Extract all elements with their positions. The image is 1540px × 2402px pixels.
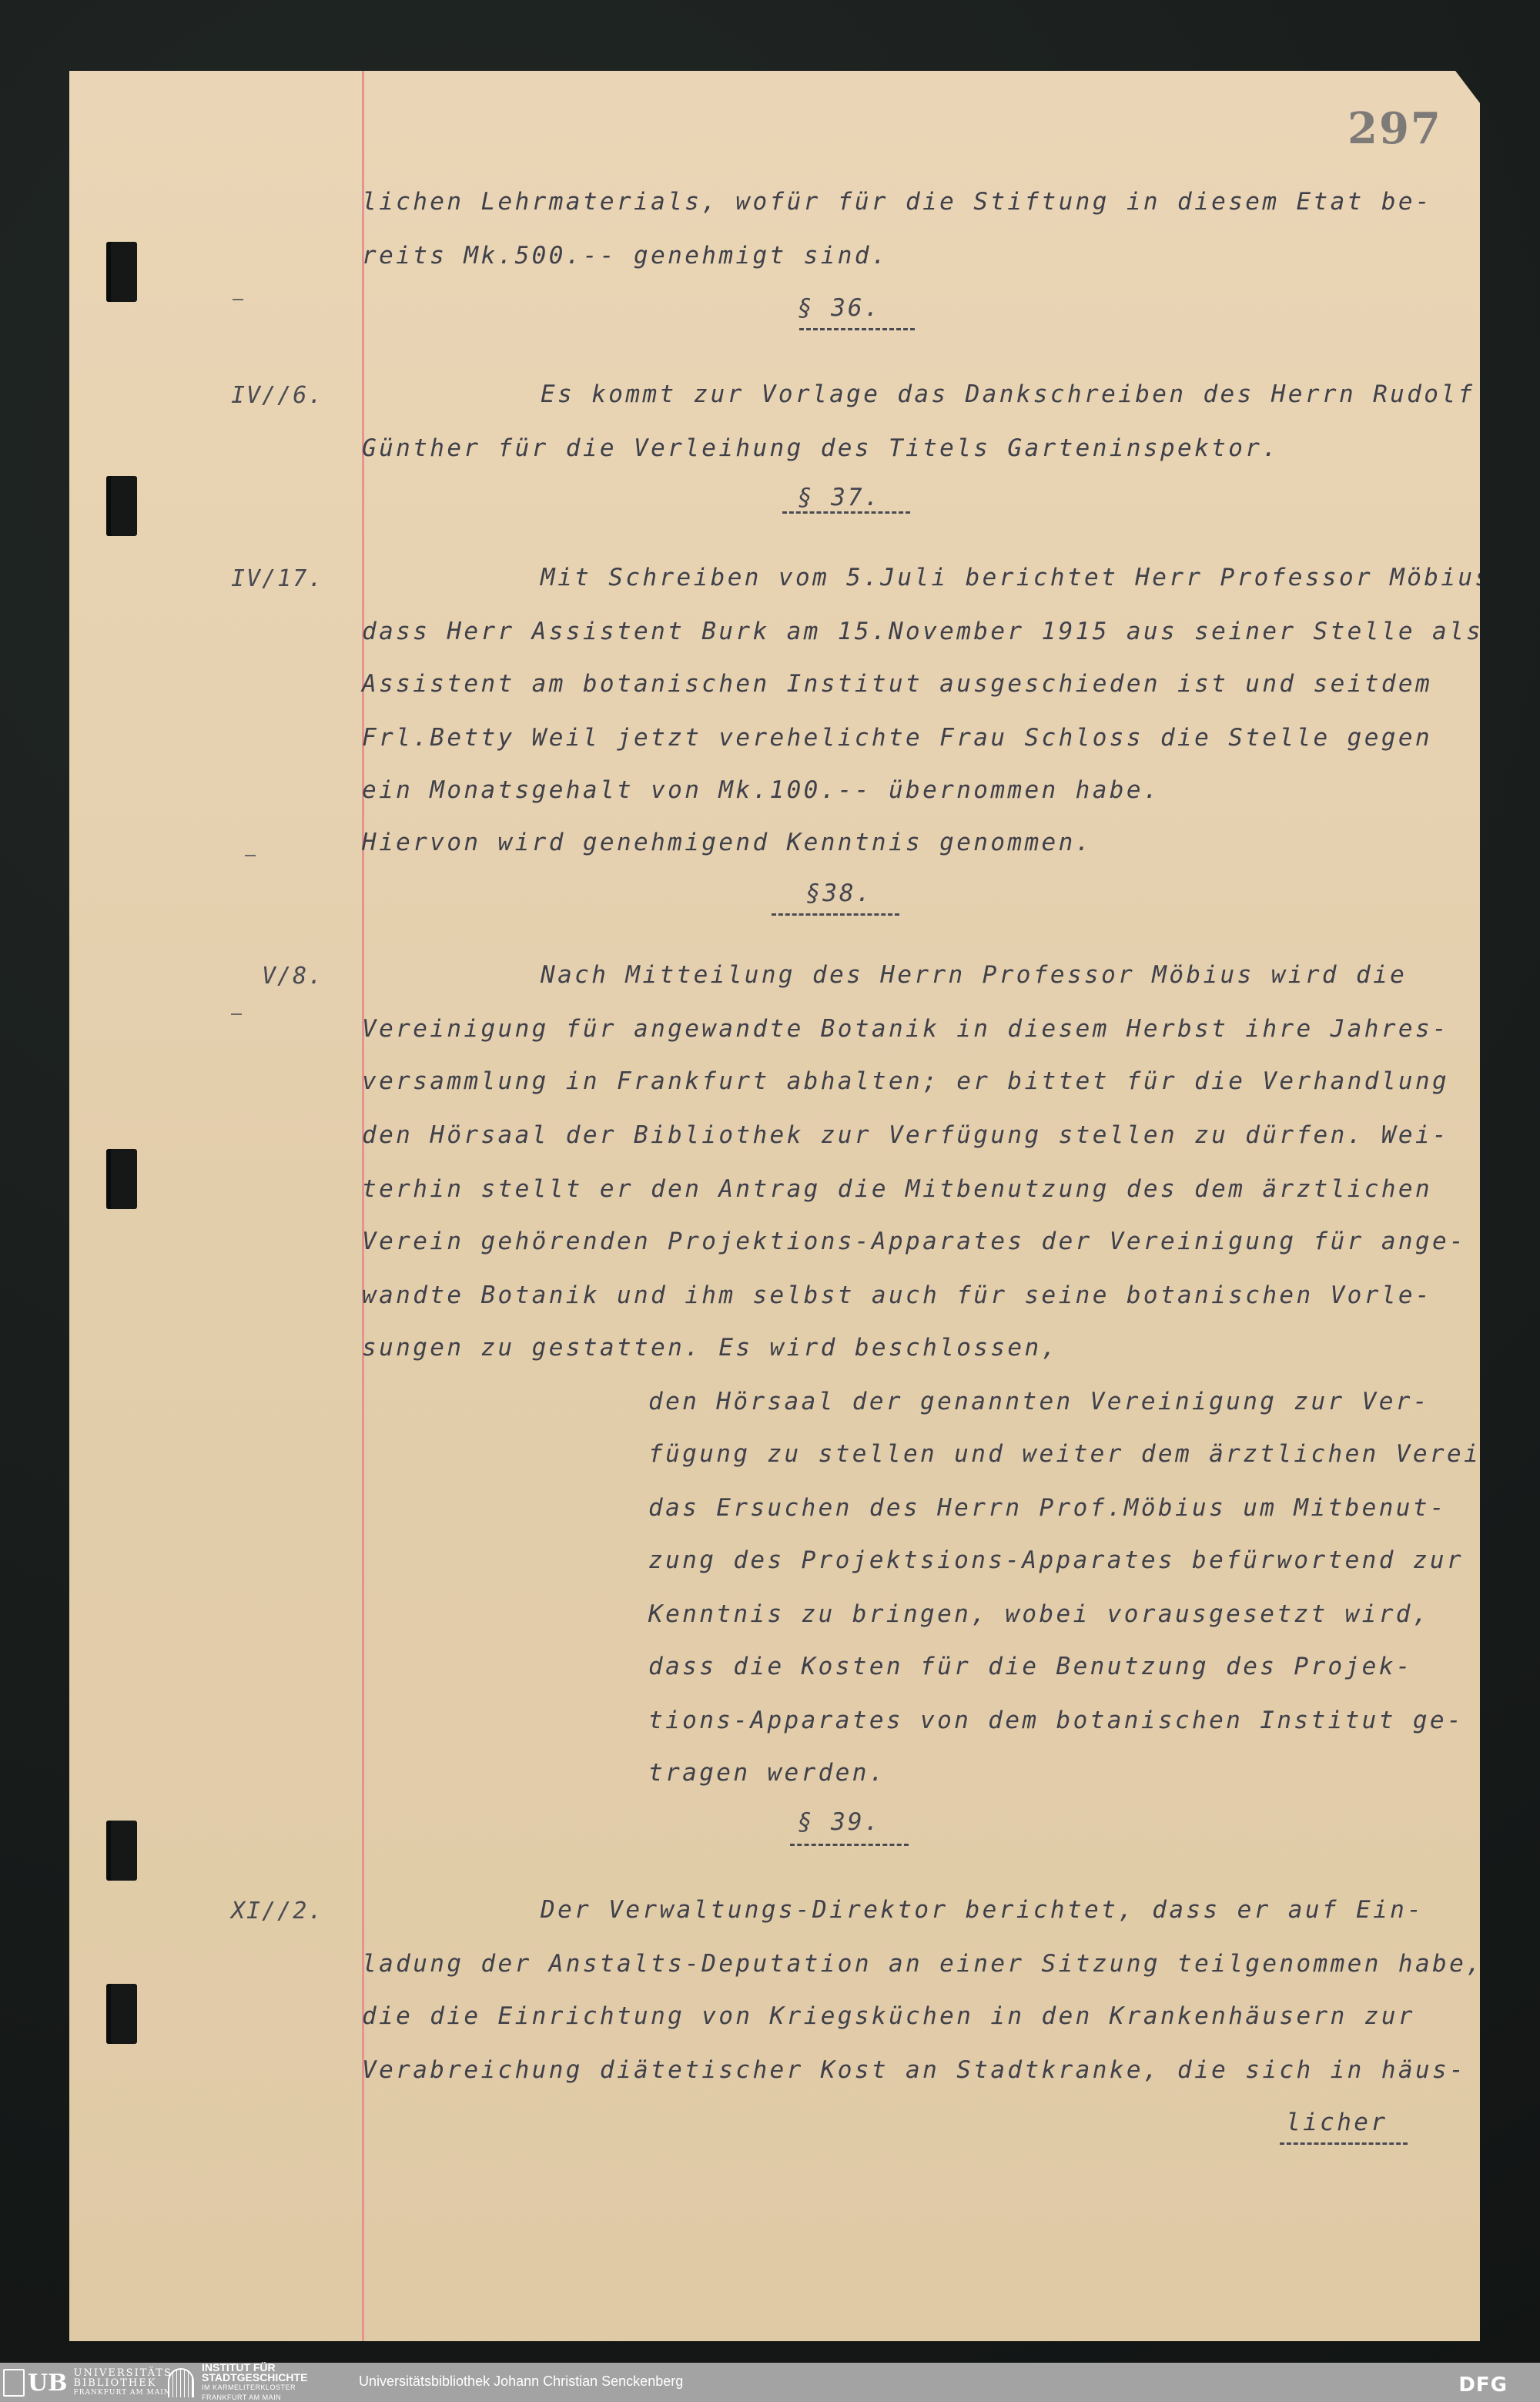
- section-underline: [772, 913, 899, 916]
- isg-logo[interactable]: INSTITUT FÜR STADTGESCHICHTE IM KARMELIT…: [168, 2367, 307, 2398]
- margin-reference: V/8.: [262, 963, 323, 990]
- resolution-line: Kenntnis zu bringen, wobei vorausgesetzt…: [648, 1600, 1430, 1628]
- resolution-line: den Hörsaal der genannten Vereinigung zu…: [648, 1388, 1430, 1415]
- margin-reference: IV//6.: [231, 382, 323, 409]
- section-heading: § 39.: [755, 1808, 924, 1836]
- text-line: Hiervon wird genehmigend Kenntnis genomm…: [362, 829, 1093, 856]
- ub-emblem-icon: [3, 2369, 25, 2397]
- isg-wordmark: INSTITUT FÜR STADTGESCHICHTE IM KARMELIT…: [202, 2363, 307, 2402]
- catchword: licher: [1286, 2109, 1388, 2136]
- text-line: dass Herr Assistent Burk am 15.November …: [362, 618, 1483, 645]
- text-line: reits Mk.500.-- genehmigt sind.: [362, 242, 889, 270]
- text-line: Frl.Betty Weil jetzt verehelichte Frau S…: [362, 724, 1432, 752]
- punch-hole: [106, 242, 137, 302]
- footer-bar: UB UNIVERSITÄTS BIBLIOTHEK FRANKFURT AM …: [0, 2363, 1540, 2402]
- margin-tick: [245, 855, 256, 856]
- text-line: Vereinigung für angewandte Botanik in di…: [362, 1015, 1449, 1043]
- text-line: Assistent am botanischen Institut ausges…: [362, 670, 1432, 698]
- punch-hole: [106, 1984, 137, 2044]
- resolution-line: zung des Projektsions-Apparates befürwor…: [648, 1546, 1464, 1574]
- text-line: die die Einrichtung von Kriegsküchen in …: [362, 2002, 1415, 2030]
- punch-hole: [106, 1149, 137, 1209]
- section-heading: §38.: [755, 879, 924, 907]
- resolution-line: das Ersuchen des Herrn Prof.Möbius um Mi…: [648, 1494, 1447, 1522]
- isg-line-2: STADTGESCHICHTE: [202, 2373, 307, 2383]
- text-line: lichen Lehrmaterials, wofür für die Stif…: [362, 188, 1432, 216]
- text-line: ladung der Anstalts-Deputation an einer …: [362, 1950, 1483, 1978]
- text-line: wandte Botanik und ihm selbst auch für s…: [362, 1281, 1432, 1309]
- text-line: Mit Schreiben vom 5.Juli berichtet Herr …: [362, 564, 1492, 591]
- ub-line-1: UNIVERSITÄTS: [74, 2368, 172, 2378]
- punch-hole: [106, 1821, 137, 1881]
- margin-tick: [231, 1013, 242, 1015]
- resolution-line: fügung zu stellen und weiter dem ärztlic…: [648, 1440, 1498, 1468]
- text-line: den Hörsaal der Bibliothek zur Verfügung…: [362, 1121, 1449, 1149]
- isg-line-3: IM KARMELITERKLOSTER: [202, 2383, 307, 2393]
- section-heading: § 37.: [755, 484, 924, 511]
- text-line: versammlung in Frankfurt abhalten; er bi…: [362, 1067, 1449, 1095]
- section-heading: § 36.: [755, 294, 924, 322]
- library-title: Universitätsbibliothek Johann Christian …: [359, 2374, 683, 2390]
- text-line: sungen zu gestatten. Es wird beschlossen…: [362, 1334, 1059, 1362]
- text-line: Der Verwaltungs-Direktor berichtet, dass…: [362, 1896, 1424, 1924]
- resolution-line: tions-Apparates von dem botanischen Inst…: [648, 1707, 1464, 1734]
- ub-line-2: BIBLIOTHEK: [74, 2378, 172, 2388]
- section-underline: [790, 1844, 909, 1846]
- ub-line-3: FRANKFURT AM MAIN: [74, 2388, 172, 2398]
- ub-wordmark: UNIVERSITÄTS BIBLIOTHEK FRANKFURT AM MAI…: [74, 2368, 172, 2398]
- margin-reference: IV/17.: [231, 565, 323, 592]
- margin-tick: [233, 299, 243, 300]
- margin-reference: XI//2.: [231, 1898, 323, 1925]
- text-line: Es kommt zur Vorlage das Dankschreiben d…: [362, 380, 1475, 408]
- section-underline: [799, 328, 915, 330]
- gothic-arch-icon: [168, 2368, 194, 2397]
- ub-letters: UB: [28, 2370, 68, 2397]
- isg-line-4: FRANKFURT AM MAIN: [202, 2393, 307, 2402]
- section-underline: [782, 511, 910, 514]
- text-line: Verein gehörenden Projektions-Apparates …: [362, 1228, 1466, 1255]
- dfg-logo[interactable]: DFG: [1458, 2374, 1508, 2397]
- ub-logo[interactable]: UB UNIVERSITÄTS BIBLIOTHEK FRANKFURT AM …: [3, 2367, 172, 2398]
- margin-rule: [362, 71, 364, 2341]
- punch-hole: [106, 476, 137, 536]
- catchword-underline: [1280, 2142, 1408, 2145]
- text-line: Nach Mitteilung des Herrn Professor Möbi…: [362, 961, 1407, 989]
- text-line: terhin stellt er den Antrag die Mitbenut…: [362, 1175, 1432, 1203]
- text-line: Verabreichung diätetischer Kost an Stadt…: [362, 2056, 1466, 2084]
- text-line: ein Monatsgehalt von Mk.100.-- übernomme…: [362, 776, 1160, 804]
- resolution-line: dass die Kosten für die Benutzung des Pr…: [648, 1653, 1413, 1680]
- resolution-line: tragen werden.: [648, 1759, 886, 1787]
- document-page: 297 lichen Lehrmaterials, wofür für die …: [69, 71, 1480, 2341]
- text-line: Günther für die Verleihung des Titels Ga…: [362, 434, 1279, 462]
- page-number: 297: [1347, 103, 1442, 154]
